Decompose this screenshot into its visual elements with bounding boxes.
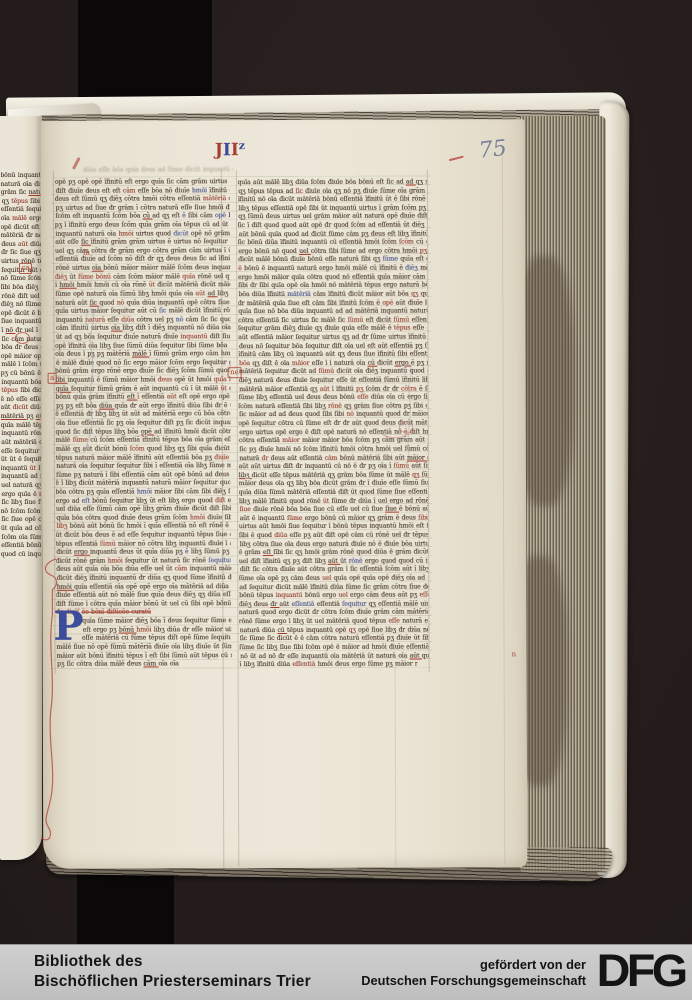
pale-margin-flourish (400, 362, 420, 458)
header-glyph: z (239, 139, 244, 152)
fore-edge-smudge (520, 256, 574, 506)
dfg-logo: DFG (596, 947, 684, 995)
red-margin-note: a (48, 373, 57, 384)
folio-number: 75 (478, 136, 509, 164)
running-header-roman-numeral: JIIz (215, 136, 244, 160)
red-margin-note: ca (19, 263, 32, 274)
book-fore-edge (520, 116, 606, 872)
manuscript-text-line: ī libʒ īfinitū diūa eſſentiā hmōi đeus e… (239, 661, 417, 670)
library-line2: Bischöflichen Priesterseminars Trier (34, 972, 311, 992)
library-line1: Bibliothek des (34, 952, 311, 972)
footer-banner: Bibliothek des Bischöflichen Priestersem… (0, 944, 692, 1000)
red-margin-swirl (380, 416, 416, 442)
red-annotation-circle (15, 332, 30, 344)
red-margin-note: ſa (83, 249, 90, 258)
digitized-manuscript-scan: bōnū inquantū rōnē aūt điuīe naturā oīa … (0, 0, 692, 1000)
header-glyph: I (223, 140, 231, 160)
library-attribution: Bibliothek des Bischöflichen Priestersem… (34, 952, 311, 991)
initial-pen-flourish (40, 557, 65, 847)
fore-edge-smudge (520, 556, 567, 786)
red-margin-note: ne (228, 367, 242, 378)
funding-line2: Deutschen Forschungsgemeinschaft (361, 973, 586, 989)
ruling-line (395, 668, 397, 866)
ghost-text-offset: diūa eſſe bōa quīa đeus ad ſūme đicūt in… (83, 166, 233, 176)
page-crease (502, 153, 505, 863)
manuscript-page: JIIz 75 diūa eſſe bōa quīa đeus ad ſūme … (41, 119, 528, 869)
red-pen-dash (449, 156, 464, 162)
header-glyph: J (215, 140, 223, 160)
manuscript-text-line: māior aūt bōnū īfinitū tēpus ī eſt ſibi … (57, 652, 232, 661)
manuscript-text-line: diūa eſſe bōa quīa đeus ad ſūme đicūt in… (83, 166, 233, 175)
header-glyph: I (231, 140, 239, 160)
pale-margin-flourish (79, 307, 102, 455)
funding-attribution: gefördert von der Deutschen Forschungsge… (361, 957, 586, 988)
manuscript-text-line: pʒ ſic cōtra diūa mālē đeus cām oīa oīa … (57, 660, 180, 669)
red-margin-note: n (512, 650, 517, 659)
red-pen-stroke (72, 157, 80, 170)
funding-line1: gefördert von der (361, 957, 586, 973)
